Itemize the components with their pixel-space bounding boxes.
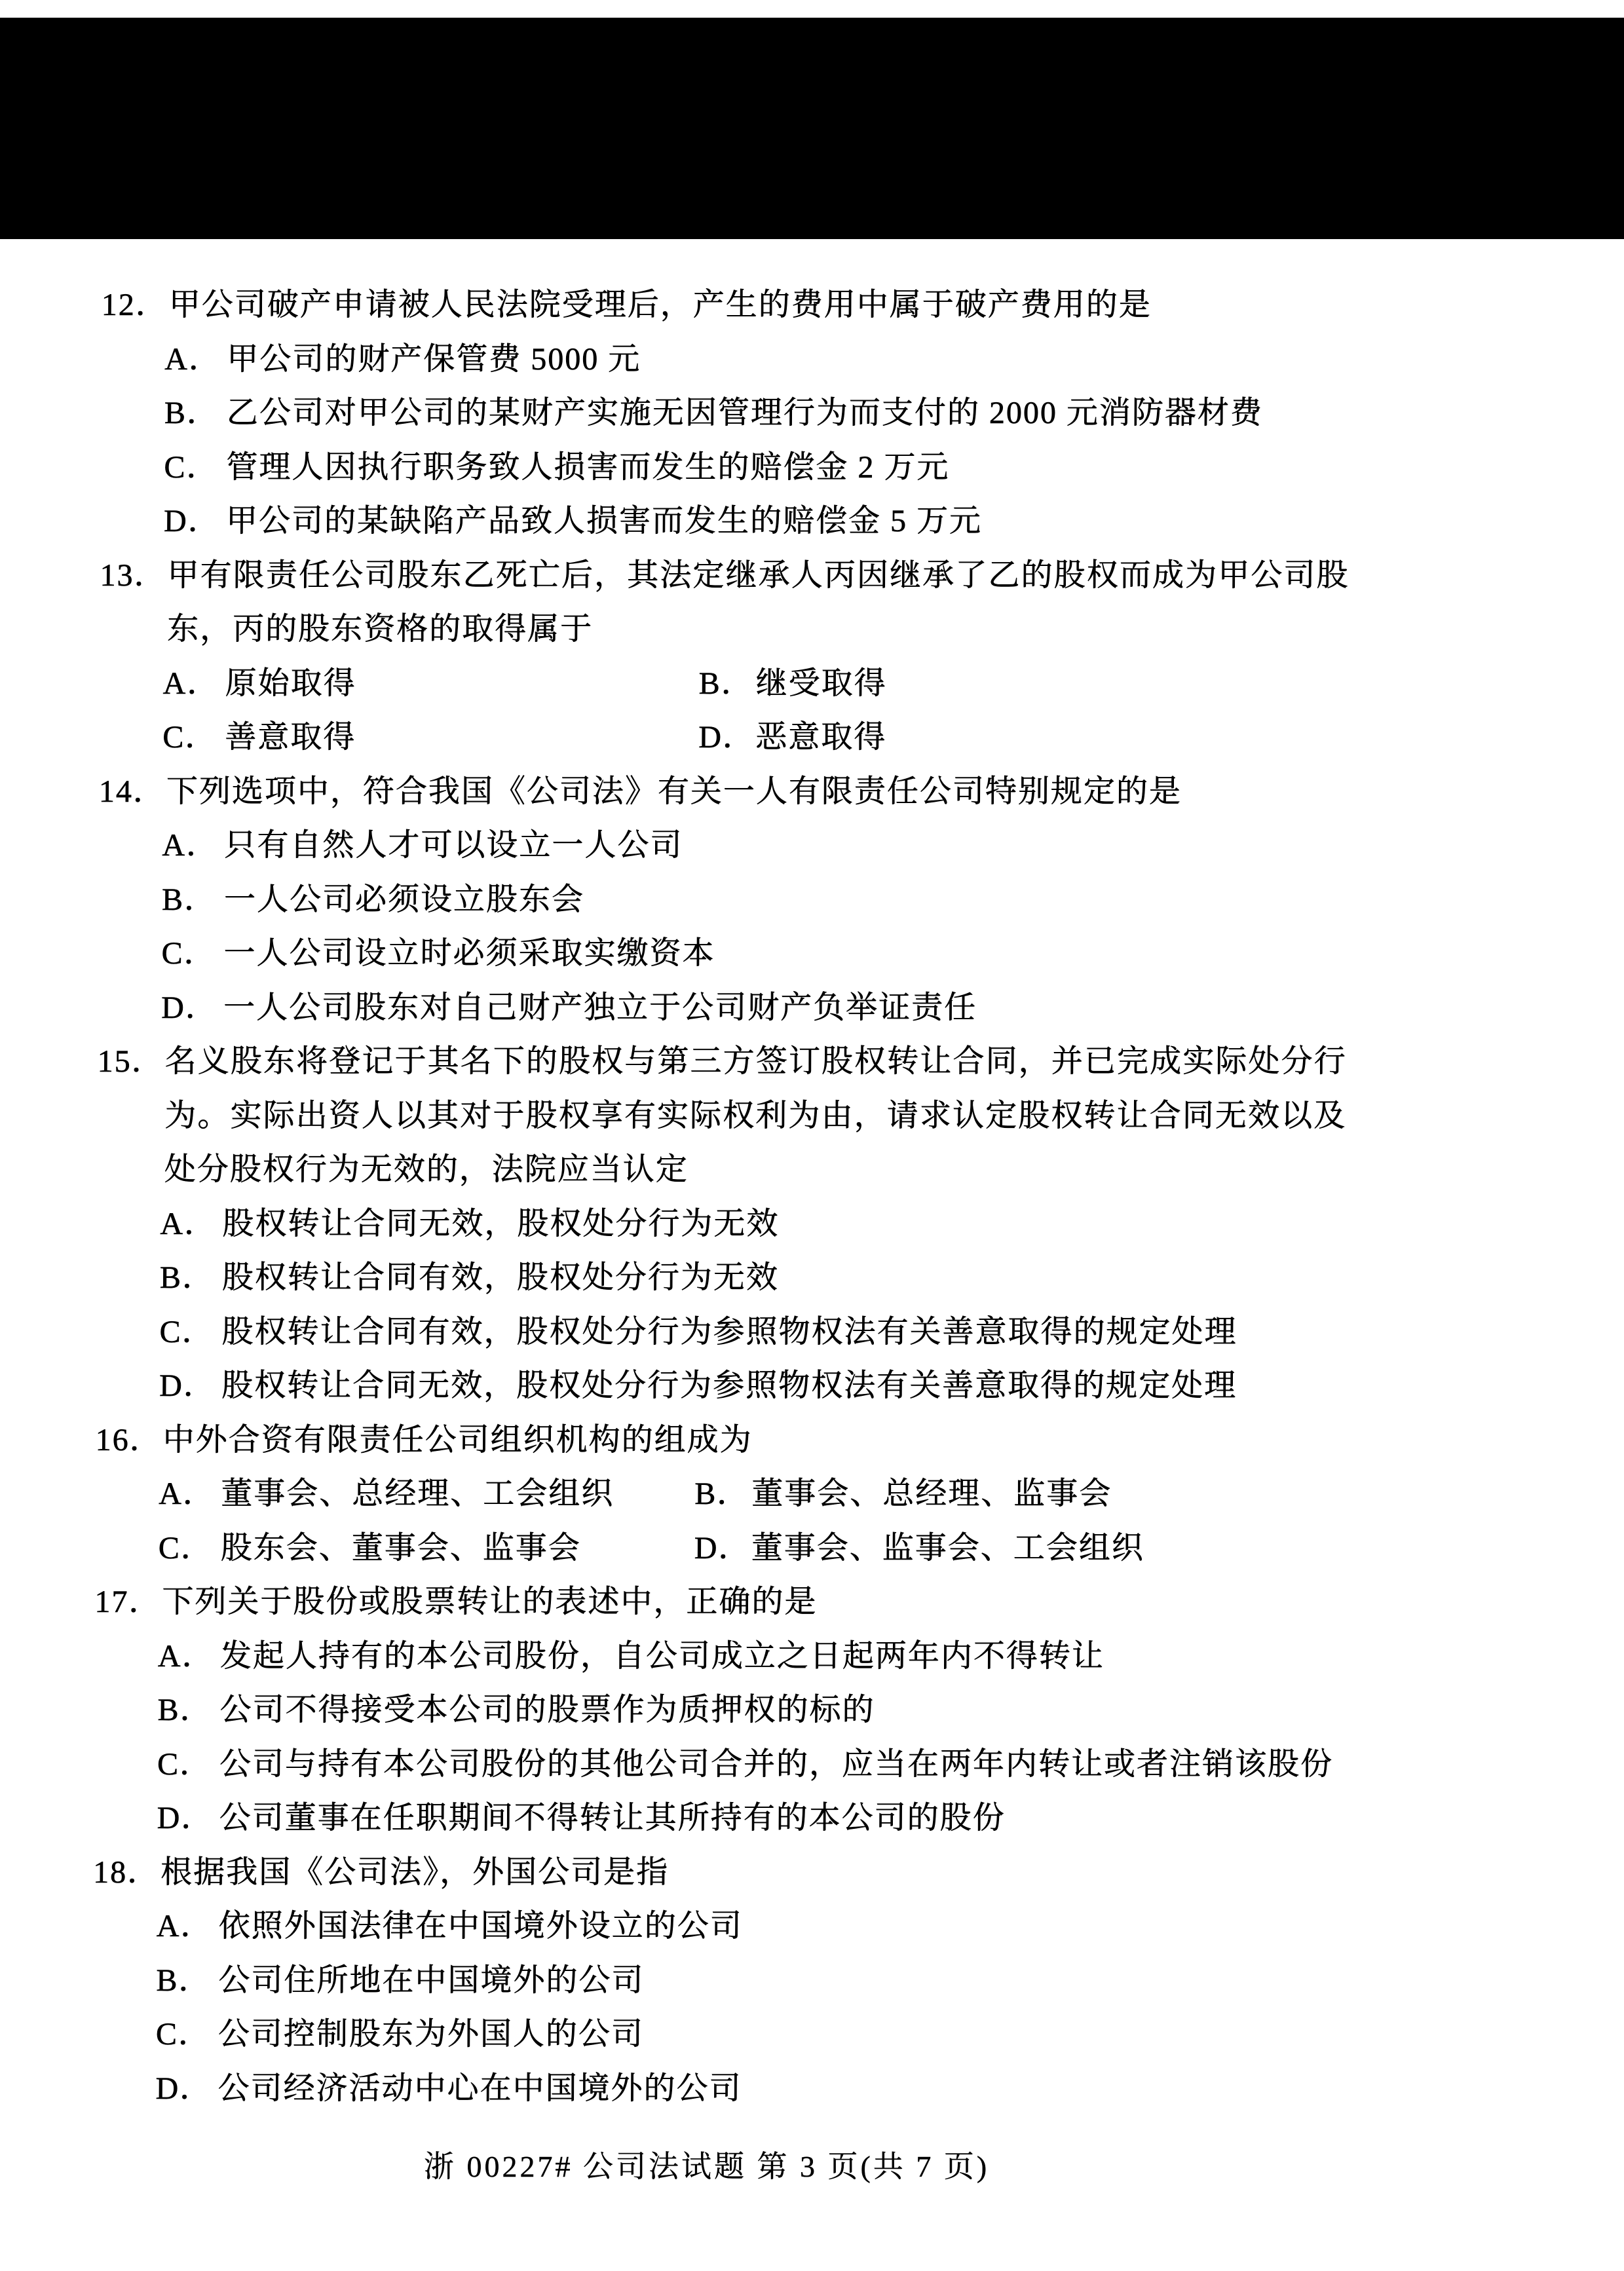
option-label: D． [161,981,218,1035]
question-stem-text: 甲公司破产申请被人民法院受理后，产生的费用中属于破产费用的是 [169,278,1152,333]
option-text: 股权转让合同有效，股权处分行为参照物权法有关善意取得的规定处理 [221,1305,1237,1359]
question-stem-text: 根据我国《公司法》，外国公司是指 [161,1845,669,1900]
question-stem-line: 16． 中外合资有限责任公司组织机构的组成为 [0,1413,1618,1467]
option-text: 公司董事在任职期间不得转让其所持有的本公司的股份 [219,1792,1005,1846]
option-text: 一人公司必须设立股东会 [224,873,584,927]
option-b: B． 股权转让合同有效，股权处分行为无效 [0,1251,1619,1305]
question-18: 18． 根据我国《公司法》，外国公司是指 A． 依照外国法律在中国境外设立的公司… [0,1845,1615,2116]
option-row-cd: C． 股东会、董事会、监事会 D． 董事会、监事会、工会组织 [0,1521,1617,1575]
option-text: 公司不得接受本公司的股票作为质押权的标的 [219,1683,875,1738]
option-text: 继受取得 [756,656,887,711]
question-stem-line: 17． 下列关于股份或股票转让的表述中，正确的是 [0,1575,1617,1630]
option-label: B． [162,873,217,927]
question-13: 13． 甲有限责任公司股东乙死亡后，其法定继承人丙因继承了乙的股权而成为甲公司股… [0,548,1623,764]
question-stem-text: 处分股权行为无效的，法院应当认定 [164,1143,689,1197]
question-number: 16． [95,1413,162,1467]
question-stem-line: 14． 下列选项中，符合我国《公司法》有关一人有限责任公司特别规定的是 [0,764,1621,819]
option-text: 一人公司设立时必须采取实缴资本 [223,927,715,981]
option-text: 股权转让合同有效，股权处分行为无效 [222,1251,779,1305]
option-text: 董事会、总经理、工会组织 [221,1467,614,1522]
question-14: 14． 下列选项中，符合我国《公司法》有关一人有限责任公司特别规定的是 A． 只… [0,764,1621,1035]
question-17: 17． 下列关于股份或股票转让的表述中，正确的是 A． 发起人持有的本公司股份，… [0,1575,1617,1846]
option-label: D． [694,1521,751,1575]
option-text: 发起人持有的本公司股份，自公司成立之日起两年内不得转让 [220,1629,1105,1683]
option-label: B． [157,1683,212,1738]
option-label: C． [157,1737,212,1792]
question-12: 12． 甲公司破产申请被人民法院受理后，产生的费用中属于破产费用的是 A． 甲公… [0,278,1624,549]
question-stem-text: 下列关于股份或股票转让的表述中，正确的是 [162,1575,817,1630]
question-stem-text: 东，丙的股东资格的取得属于 [167,603,593,657]
question-number: 15． [98,1035,164,1089]
option-b: B． 公司不得接受本公司的股票作为质押权的标的 [0,1683,1617,1738]
question-stem-line: 15． 名义股东将登记于其名下的股权与第三方签订股权转让合同，并已完成实际处分行 [0,1035,1620,1089]
option-text: 善意取得 [225,711,356,765]
option-label: B． [160,1251,215,1305]
option-label: C． [164,440,219,495]
option-label: C． [156,2008,211,2062]
option-text: 一人公司股东对自己财产独立于公司财产负举证责任 [223,981,977,1035]
question-15: 15． 名义股东将登记于其名下的股权与第三方签订股权转让合同，并已完成实际处分行… [0,1035,1620,1414]
question-stem-line: 12． 甲公司破产申请被人民法院受理后，产生的费用中属于破产费用的是 [0,278,1624,333]
question-number: 12． [102,278,168,333]
question-number: 14． [99,764,166,819]
option-text: 公司与持有本公司股份的其他公司合并的，应当在两年内转让或者注销该股份 [219,1737,1333,1792]
option-text: 董事会、监事会、工会组织 [751,1521,1144,1575]
option-label: A． [160,1197,217,1251]
question-stem-text: 中外合资有限责任公司组织机构的组成为 [162,1413,752,1467]
option-label: A． [157,1900,214,1954]
option-d: D． 甲公司的某缺陷产品致人损害而发生的赔偿金 5 万元 [0,495,1623,549]
question-16: 16． 中外合资有限责任公司组织机构的组成为 A． 董事会、总经理、工会组织 B… [0,1413,1618,1575]
option-label: A． [159,1467,216,1522]
question-stem-line: 18． 根据我国《公司法》，外国公司是指 [0,1845,1615,1900]
option-label: A． [164,332,221,386]
option-text: 乙公司对甲公司的某财产实施无因管理行为而支付的 2000 元消防器材费 [227,386,1263,441]
question-number: 17． [94,1575,161,1630]
option-label: D． [157,1792,214,1846]
option-text: 甲公司的某缺陷产品致人损害而发生的赔偿金 5 万元 [226,495,982,549]
option-c: C． 一人公司设立时必须采取实缴资本 [0,927,1621,981]
question-number: 18． [93,1845,160,1900]
option-row-cd: C． 善意取得 D． 恶意取得 [0,711,1622,765]
option-text: 只有自然人才可以设立一人公司 [224,819,683,873]
option-label: A． [163,656,220,711]
question-stem-text: 下列选项中，符合我国《公司法》有关一人有限责任公司特别规定的是 [166,764,1182,819]
option-text: 董事会、总经理、监事会 [751,1467,1112,1522]
option-c: C． 管理人因执行职务致人损害而发生的赔偿金 2 万元 [0,440,1623,495]
option-label: B． [699,656,754,711]
option-text: 股权转让合同无效，股权处分行为无效 [222,1197,779,1251]
option-c: C． 公司与持有本公司股份的其他公司合并的，应当在两年内转让或者注销该股份 [0,1737,1616,1792]
option-text: 股东会、董事会、监事会 [221,1521,581,1575]
option-d: D． 公司董事在任职期间不得转让其所持有的本公司的股份 [0,1792,1616,1846]
option-text: 公司住所地在中国境外的公司 [218,1953,644,2008]
option-b: B． 一人公司必须设立股东会 [0,873,1621,927]
page-footer: 浙 00227# 公司法试题 第 3 页(共 7 页) [424,2140,989,2194]
option-label: B． [156,1953,211,2008]
option-label: D． [698,711,755,765]
question-stem-line: 为。实际出资人以其对于股权享有实际权利为由，请求认定股权转让合同无效以及 [0,1089,1620,1143]
question-stem-line: 13． 甲有限责任公司股东乙死亡后，其法定继承人丙因继承了乙的股权而成为甲公司股 [0,548,1623,603]
option-row-ab: A． 董事会、总经理、工会组织 B． 董事会、总经理、监事会 [0,1467,1617,1522]
option-label: D． [164,495,221,549]
option-row-ab: A． 原始取得 B． 继受取得 [0,656,1622,711]
option-text: 股权转让合同无效，股权处分行为参照物权法有关善意取得的规定处理 [221,1359,1237,1414]
option-text: 恶意取得 [755,711,886,765]
option-text: 原始取得 [225,656,356,711]
option-b: B． 公司住所地在中国境外的公司 [0,1953,1615,2008]
option-a: A． 甲公司的财产保管费 5000 元 [0,332,1624,386]
option-label: D． [155,2061,212,2116]
question-list: 12． 甲公司破产申请被人民法院受理后，产生的费用中属于破产费用的是 A． 甲公… [0,278,1624,2116]
option-text: 管理人因执行职务致人损害而发生的赔偿金 2 万元 [226,440,949,495]
option-a: A． 股权转让合同无效，股权处分行为无效 [0,1197,1619,1251]
option-label: B． [694,1467,749,1522]
option-a: A． 只有自然人才可以设立一人公司 [0,819,1621,873]
exam-page: 12． 甲公司破产申请被人民法院受理后，产生的费用中属于破产费用的是 A． 甲公… [0,0,1624,2271]
option-c: C． 公司控制股东为外国人的公司 [0,2008,1615,2062]
option-a: A． 依照外国法律在中国境外设立的公司 [0,1900,1615,1954]
option-text: 甲公司的财产保管费 5000 元 [227,332,641,386]
question-number: 13． [100,548,166,603]
question-stem-line: 处分股权行为无效的，法院应当认定 [0,1143,1619,1197]
option-label: C． [159,1305,214,1359]
question-stem-line: 东，丙的股东资格的取得属于 [0,603,1622,657]
option-text: 公司经济活动中心在中国境外的公司 [217,2061,742,2116]
option-label: C． [159,1521,214,1575]
option-label: C． [161,927,216,981]
question-stem-text: 名义股东将登记于其名下的股权与第三方签订股权转让合同，并已完成实际处分行 [165,1035,1346,1089]
option-text: 依照外国法律在中国境外设立的公司 [219,1900,743,1954]
option-d: D． 一人公司股东对自己财产独立于公司财产负举证责任 [0,981,1620,1035]
option-b: B． 乙公司对甲公司的某财产实施无因管理行为而支付的 2000 元消防器材费 [0,386,1623,441]
option-label: A． [162,819,219,873]
option-c: C． 股权转让合同有效，股权处分行为参照物权法有关善意取得的规定处理 [0,1305,1619,1359]
question-stem-text: 为。实际出资人以其对于股权享有实际权利为由，请求认定股权转让合同无效以及 [164,1089,1345,1143]
question-stem-text: 甲有限责任公司股东乙死亡后，其法定继承人丙因继承了乙的股权而成为甲公司股 [167,548,1348,603]
option-label: D． [159,1359,216,1414]
option-a: A． 发起人持有的本公司股份，自公司成立之日起两年内不得转让 [0,1629,1617,1683]
redaction-bar [0,18,1624,239]
option-text: 公司控制股东为外国人的公司 [218,2008,644,2062]
option-label: B． [164,386,219,441]
option-d: D． 股权转让合同无效，股权处分行为参照物权法有关善意取得的规定处理 [0,1359,1618,1414]
option-d: D． 公司经济活动中心在中国境外的公司 [0,2061,1615,2116]
option-label: C． [162,711,217,765]
option-label: A． [158,1629,215,1683]
